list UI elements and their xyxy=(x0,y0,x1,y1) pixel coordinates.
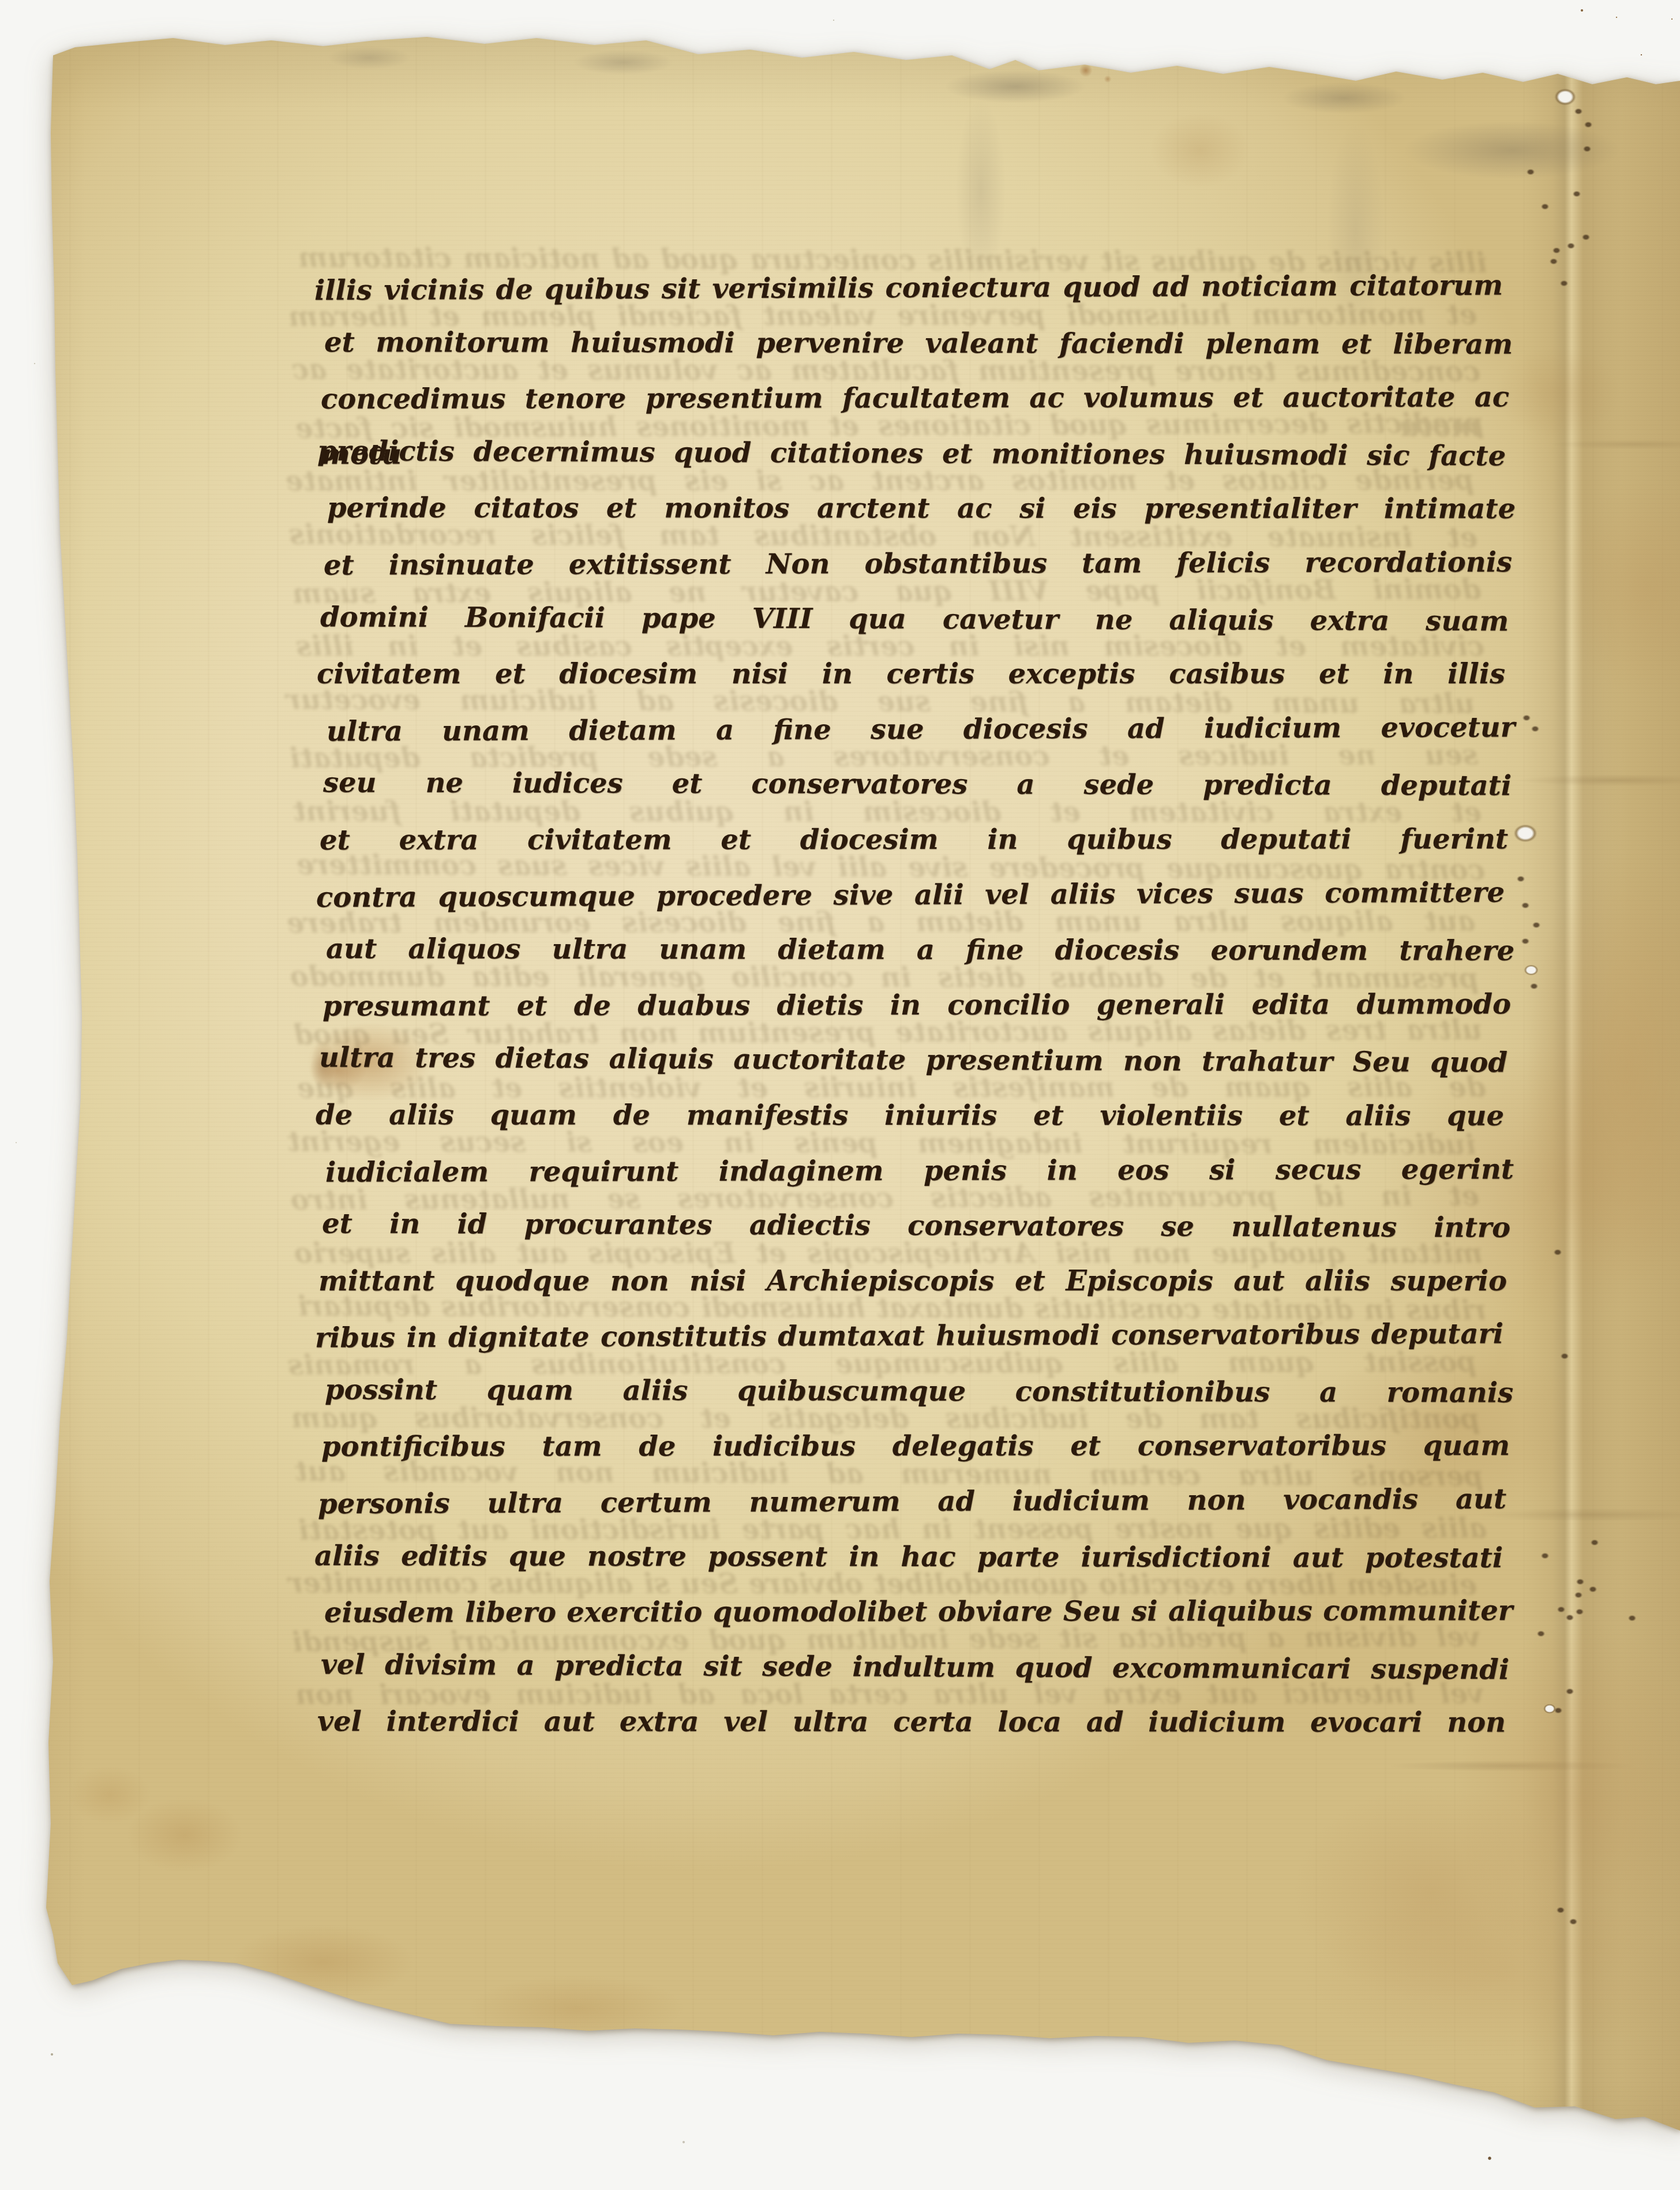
text-line-22: pontificibus tam de iudicibus delegatis … xyxy=(321,1419,1510,1475)
text-line-23: personis ultra certum numerum ad iudiciu… xyxy=(318,1472,1506,1533)
text-line-13: aut aliquos ultra unam dietam a fine dio… xyxy=(326,922,1514,979)
text-line-16: de aliis quam de manifestis iniuriis et … xyxy=(316,1088,1504,1144)
manuscript-text: illis vicinis de quibus sit verisimilis … xyxy=(321,261,1509,1750)
text-line-27: vel interdici aut extra vel ultra certa … xyxy=(317,1695,1506,1751)
text-line-18: et in id procurantes adiectis conservato… xyxy=(322,1196,1510,1256)
text-line-25: eiusdem libero exercitio quomodolibet ob… xyxy=(324,1583,1513,1641)
text-line-3: concedimus tenore presentium facultatem … xyxy=(321,370,1509,427)
text-line-4: predictis decernimus quod citationes et … xyxy=(317,424,1506,484)
text-line-17: iudicialem requirunt indaginem penis in … xyxy=(325,1142,1514,1200)
text-line-12: contra quoscumque procedere sive alii ve… xyxy=(316,865,1505,926)
text-line-9: ultra unam dietam a fine sue diocesis ad… xyxy=(327,700,1515,759)
manuscript-page-shadow: illis vicinis de quibus sit verisimilis … xyxy=(0,0,1680,2190)
text-line-1: illis vicinis de quibus sit verisimilis … xyxy=(314,259,1503,319)
text-line-24: aliis editis que nostre possent in hac p… xyxy=(314,1529,1503,1586)
text-line-21: possint quam aliis quibuscumque constitu… xyxy=(325,1362,1513,1421)
text-line-15: ultra tres dietas aliquis auctoritate pr… xyxy=(319,1031,1507,1091)
text-line-14: presumant et de duabus dietis in concili… xyxy=(322,977,1511,1034)
manuscript-page: illis vicinis de quibus sit verisimilis … xyxy=(0,0,1680,2190)
text-line-19: mittant quodque non nisi Archiepiscopis … xyxy=(318,1254,1507,1309)
text-line-10: seu ne iudices et conservatores a sede p… xyxy=(323,756,1512,814)
text-line-2: et monitorum huiusmodi pervenire valeant… xyxy=(324,315,1513,372)
text-line-5: perinde citatos et monitos arctent ac si… xyxy=(327,481,1516,537)
text-line-11: et extra civitatem et diocesim in quibus… xyxy=(320,812,1508,868)
text-line-8: civitatem et diocesim nisi in certis exc… xyxy=(317,647,1505,702)
text-line-26: vel divisim a predicta sit sede indultum… xyxy=(321,1637,1509,1698)
scan-background: illis vicinis de quibus sit verisimilis … xyxy=(0,0,1680,2190)
text-line-7: domini Bonifacii pape VIII qua cavetur n… xyxy=(320,590,1509,649)
text-line-6: et insinuate extitissent Non obstantibus… xyxy=(324,535,1512,593)
text-line-20: ribus in dignitate constitutis dumtaxat … xyxy=(315,1307,1503,1367)
